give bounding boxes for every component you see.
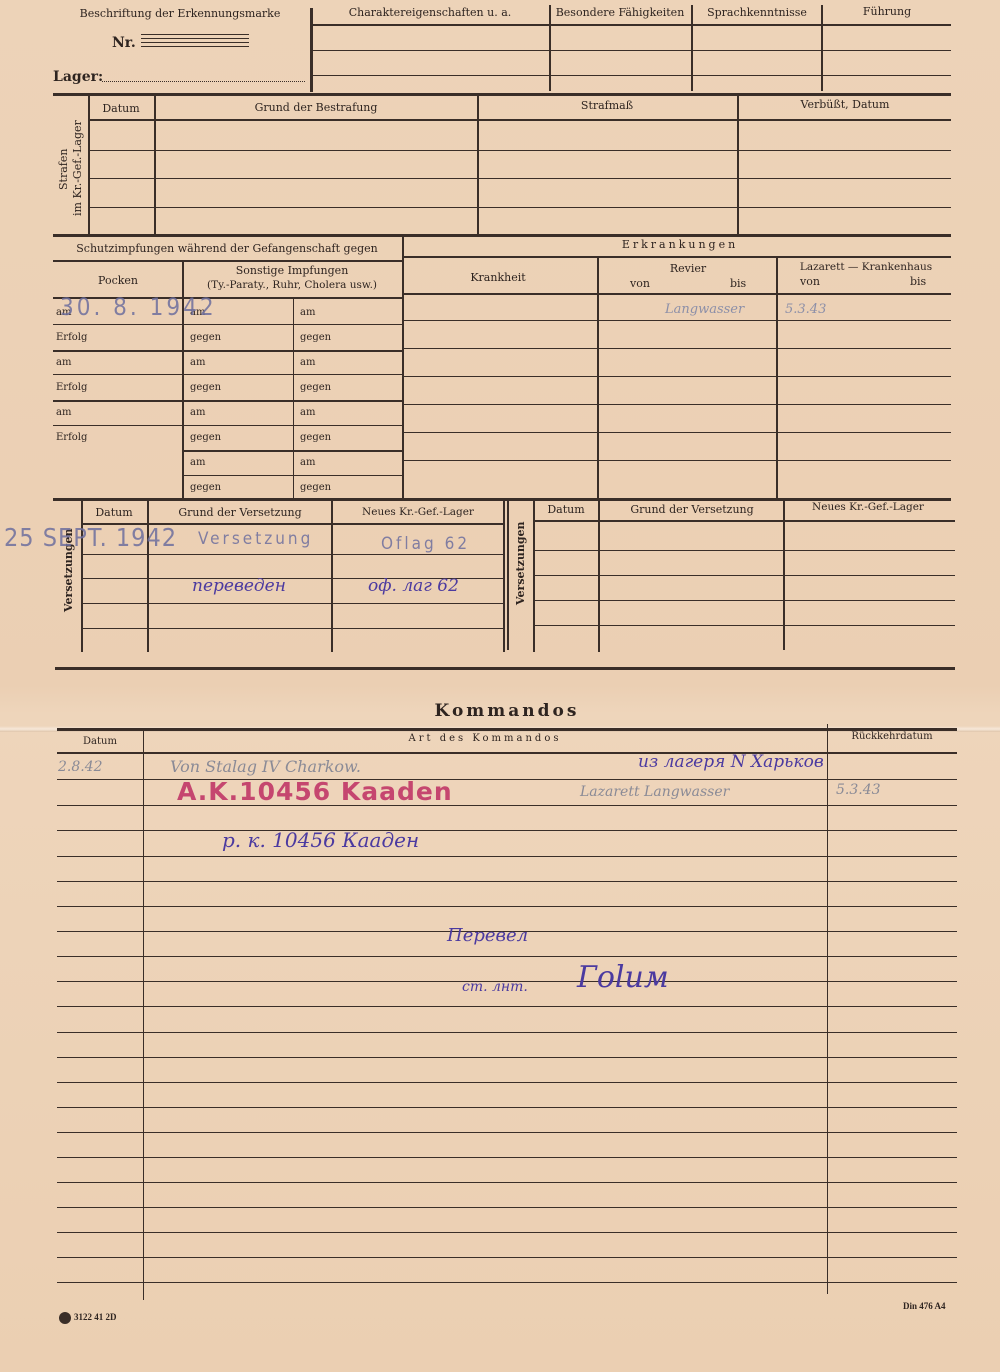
pocken-am-2: am bbox=[56, 357, 71, 368]
col-sonstige-impfungen: Sonstige Impfungen bbox=[236, 264, 349, 277]
col-krankheit: Krankheit bbox=[470, 271, 525, 284]
col-art-des-kommandos: Art des Kommandos bbox=[409, 733, 562, 744]
col-neues-lager-right: Neues Kr.-Gef.-Lager bbox=[812, 501, 924, 513]
printer-mark-icon bbox=[59, 1312, 71, 1324]
nr-label: Nr. bbox=[112, 35, 136, 51]
kommando-entry-russian: из лагеря N Харьков bbox=[638, 752, 824, 772]
col-neues-lager: Neues Kr.-Gef.-Lager bbox=[362, 506, 474, 518]
col-fuehrung: Führung bbox=[863, 5, 911, 18]
sonst-b-am-2: am bbox=[300, 357, 315, 368]
pocken-am-3: am bbox=[56, 407, 71, 418]
sonst-a-gegen-4: gegen bbox=[190, 482, 221, 493]
lager-label: Lager: bbox=[53, 69, 103, 85]
kommando-entry-date: 2.8.42 bbox=[58, 759, 103, 775]
illnesses-header: Erkrankungen bbox=[622, 238, 738, 251]
sonst-a-gegen-2: gegen bbox=[190, 382, 221, 393]
lazarett-von: von bbox=[800, 275, 820, 288]
din-format: Din 476 A4 bbox=[903, 1301, 946, 1311]
vaccinations-header: Schutzimpfungen während der Gefangenscha… bbox=[76, 242, 377, 255]
col-besondere-faehigkeiten: Besondere Fähigkeiten bbox=[556, 6, 685, 19]
revier-von: von bbox=[630, 277, 650, 290]
kommandos-title: Kommandos bbox=[435, 701, 580, 721]
kommando-stamp-ak10456: A.K.10456 Kaaden bbox=[177, 777, 453, 806]
col-datum: Datum bbox=[102, 102, 139, 115]
sonst-a-gegen-3: gegen bbox=[190, 432, 221, 443]
transfers-side-label-right: Versetzungen bbox=[514, 521, 527, 605]
sonst-b-am-4: am bbox=[300, 457, 315, 468]
identification-header: Beschriftung der Erkennungsmarke bbox=[80, 7, 281, 20]
charaktereigenschaften-field[interactable] bbox=[312, 25, 549, 91]
transfer-camp-stamp: Oflag 62 bbox=[381, 534, 470, 554]
col-rueckkehrdatum: Rückkehrdatum bbox=[851, 731, 932, 742]
sonst-b-gegen-2: gegen bbox=[300, 382, 331, 393]
col-grund-der-versetzung-right: Grund der Versetzung bbox=[630, 503, 753, 516]
sonst-a-am-3: am bbox=[190, 407, 205, 418]
sonst-b-gegen-3: gegen bbox=[300, 432, 331, 443]
revier-bis: bis bbox=[730, 277, 746, 290]
kommando-entry-rk10456: р. к. 10456 Кааден bbox=[222, 828, 419, 852]
col-grund-der-versetzung: Grund der Versetzung bbox=[178, 506, 301, 519]
col-revier: Revier bbox=[670, 262, 706, 275]
signature: Гоlим bbox=[577, 960, 669, 995]
sonst-b-gegen-1: gegen bbox=[300, 332, 331, 343]
sonst-b-gegen-4: gegen bbox=[300, 482, 331, 493]
lager-field[interactable] bbox=[102, 81, 305, 82]
signature-rank: ст. лнт. bbox=[462, 979, 528, 995]
pocken-erfolg-1: Erfolg bbox=[56, 332, 87, 343]
col-grund-der-bestrafung: Grund der Bestrafung bbox=[255, 101, 378, 114]
revier-entry: Langwasser bbox=[665, 302, 744, 317]
kommando-return-date: 5.3.43 bbox=[836, 782, 881, 798]
vaccination-date-stamp: 30. 8. 1942 bbox=[60, 293, 217, 321]
sonst-a-gegen-1: gegen bbox=[190, 332, 221, 343]
col-sonstige-impfungen-sub: (Ty.-Paraty., Ruhr, Cholera usw.) bbox=[207, 279, 377, 291]
pocken-erfolg-2: Erfolg bbox=[56, 382, 87, 393]
sprachkenntnisse-field[interactable] bbox=[693, 25, 821, 91]
form-code: 3122 41 2D bbox=[74, 1312, 117, 1322]
lazarett-von-entry: 5.3.43 bbox=[785, 302, 826, 317]
pocken-erfolg-3: Erfolg bbox=[56, 432, 87, 443]
col-lazarett-krankenhaus: Lazarett — Krankenhaus bbox=[800, 261, 932, 273]
col-sprachkenntnisse: Sprachkenntnisse bbox=[707, 6, 807, 19]
col-datum: Datum bbox=[95, 506, 132, 519]
sonst-a-am-4: am bbox=[190, 457, 205, 468]
fuehrung-field[interactable] bbox=[823, 25, 951, 91]
transfer-reason-stamp: Versetzung bbox=[198, 529, 313, 549]
lazarett-bis: bis bbox=[910, 275, 926, 288]
transfer-reason-handwritten: переведен bbox=[192, 576, 286, 596]
transfer-date-stamp: 25 SEPT. 1942 bbox=[4, 523, 177, 552]
sonst-b-am-3: am bbox=[300, 407, 315, 418]
col-charaktereigenschaften: Charaktereigenschaften u. a. bbox=[349, 6, 512, 19]
sonst-b-am-1: am bbox=[300, 307, 315, 318]
col-datum-right: Datum bbox=[547, 503, 584, 516]
punishments-rows[interactable] bbox=[90, 121, 951, 234]
kommando-entry-from: Von Stalag IV Charkow. bbox=[170, 757, 361, 776]
besondere-faehigkeiten-field[interactable] bbox=[551, 25, 691, 91]
signature-title: Перевел bbox=[447, 925, 528, 946]
kommando-entry-lazarett: Lazarett Langwasser bbox=[580, 784, 729, 800]
col-strafmass: Strafmaß bbox=[581, 99, 633, 112]
sonst-a-am-2: am bbox=[190, 357, 205, 368]
col-datum: Datum bbox=[83, 736, 117, 747]
transfers-right-rows[interactable] bbox=[535, 522, 955, 650]
transfer-camp-handwritten: оф. лаг 62 bbox=[368, 576, 459, 596]
col-pocken: Pocken bbox=[98, 274, 138, 287]
nr-field[interactable] bbox=[141, 34, 249, 49]
col-verbuesst-datum: Verbüßt, Datum bbox=[801, 98, 890, 111]
punishments-side-label-2: im Kr.-Gef.-Lager bbox=[71, 120, 84, 216]
